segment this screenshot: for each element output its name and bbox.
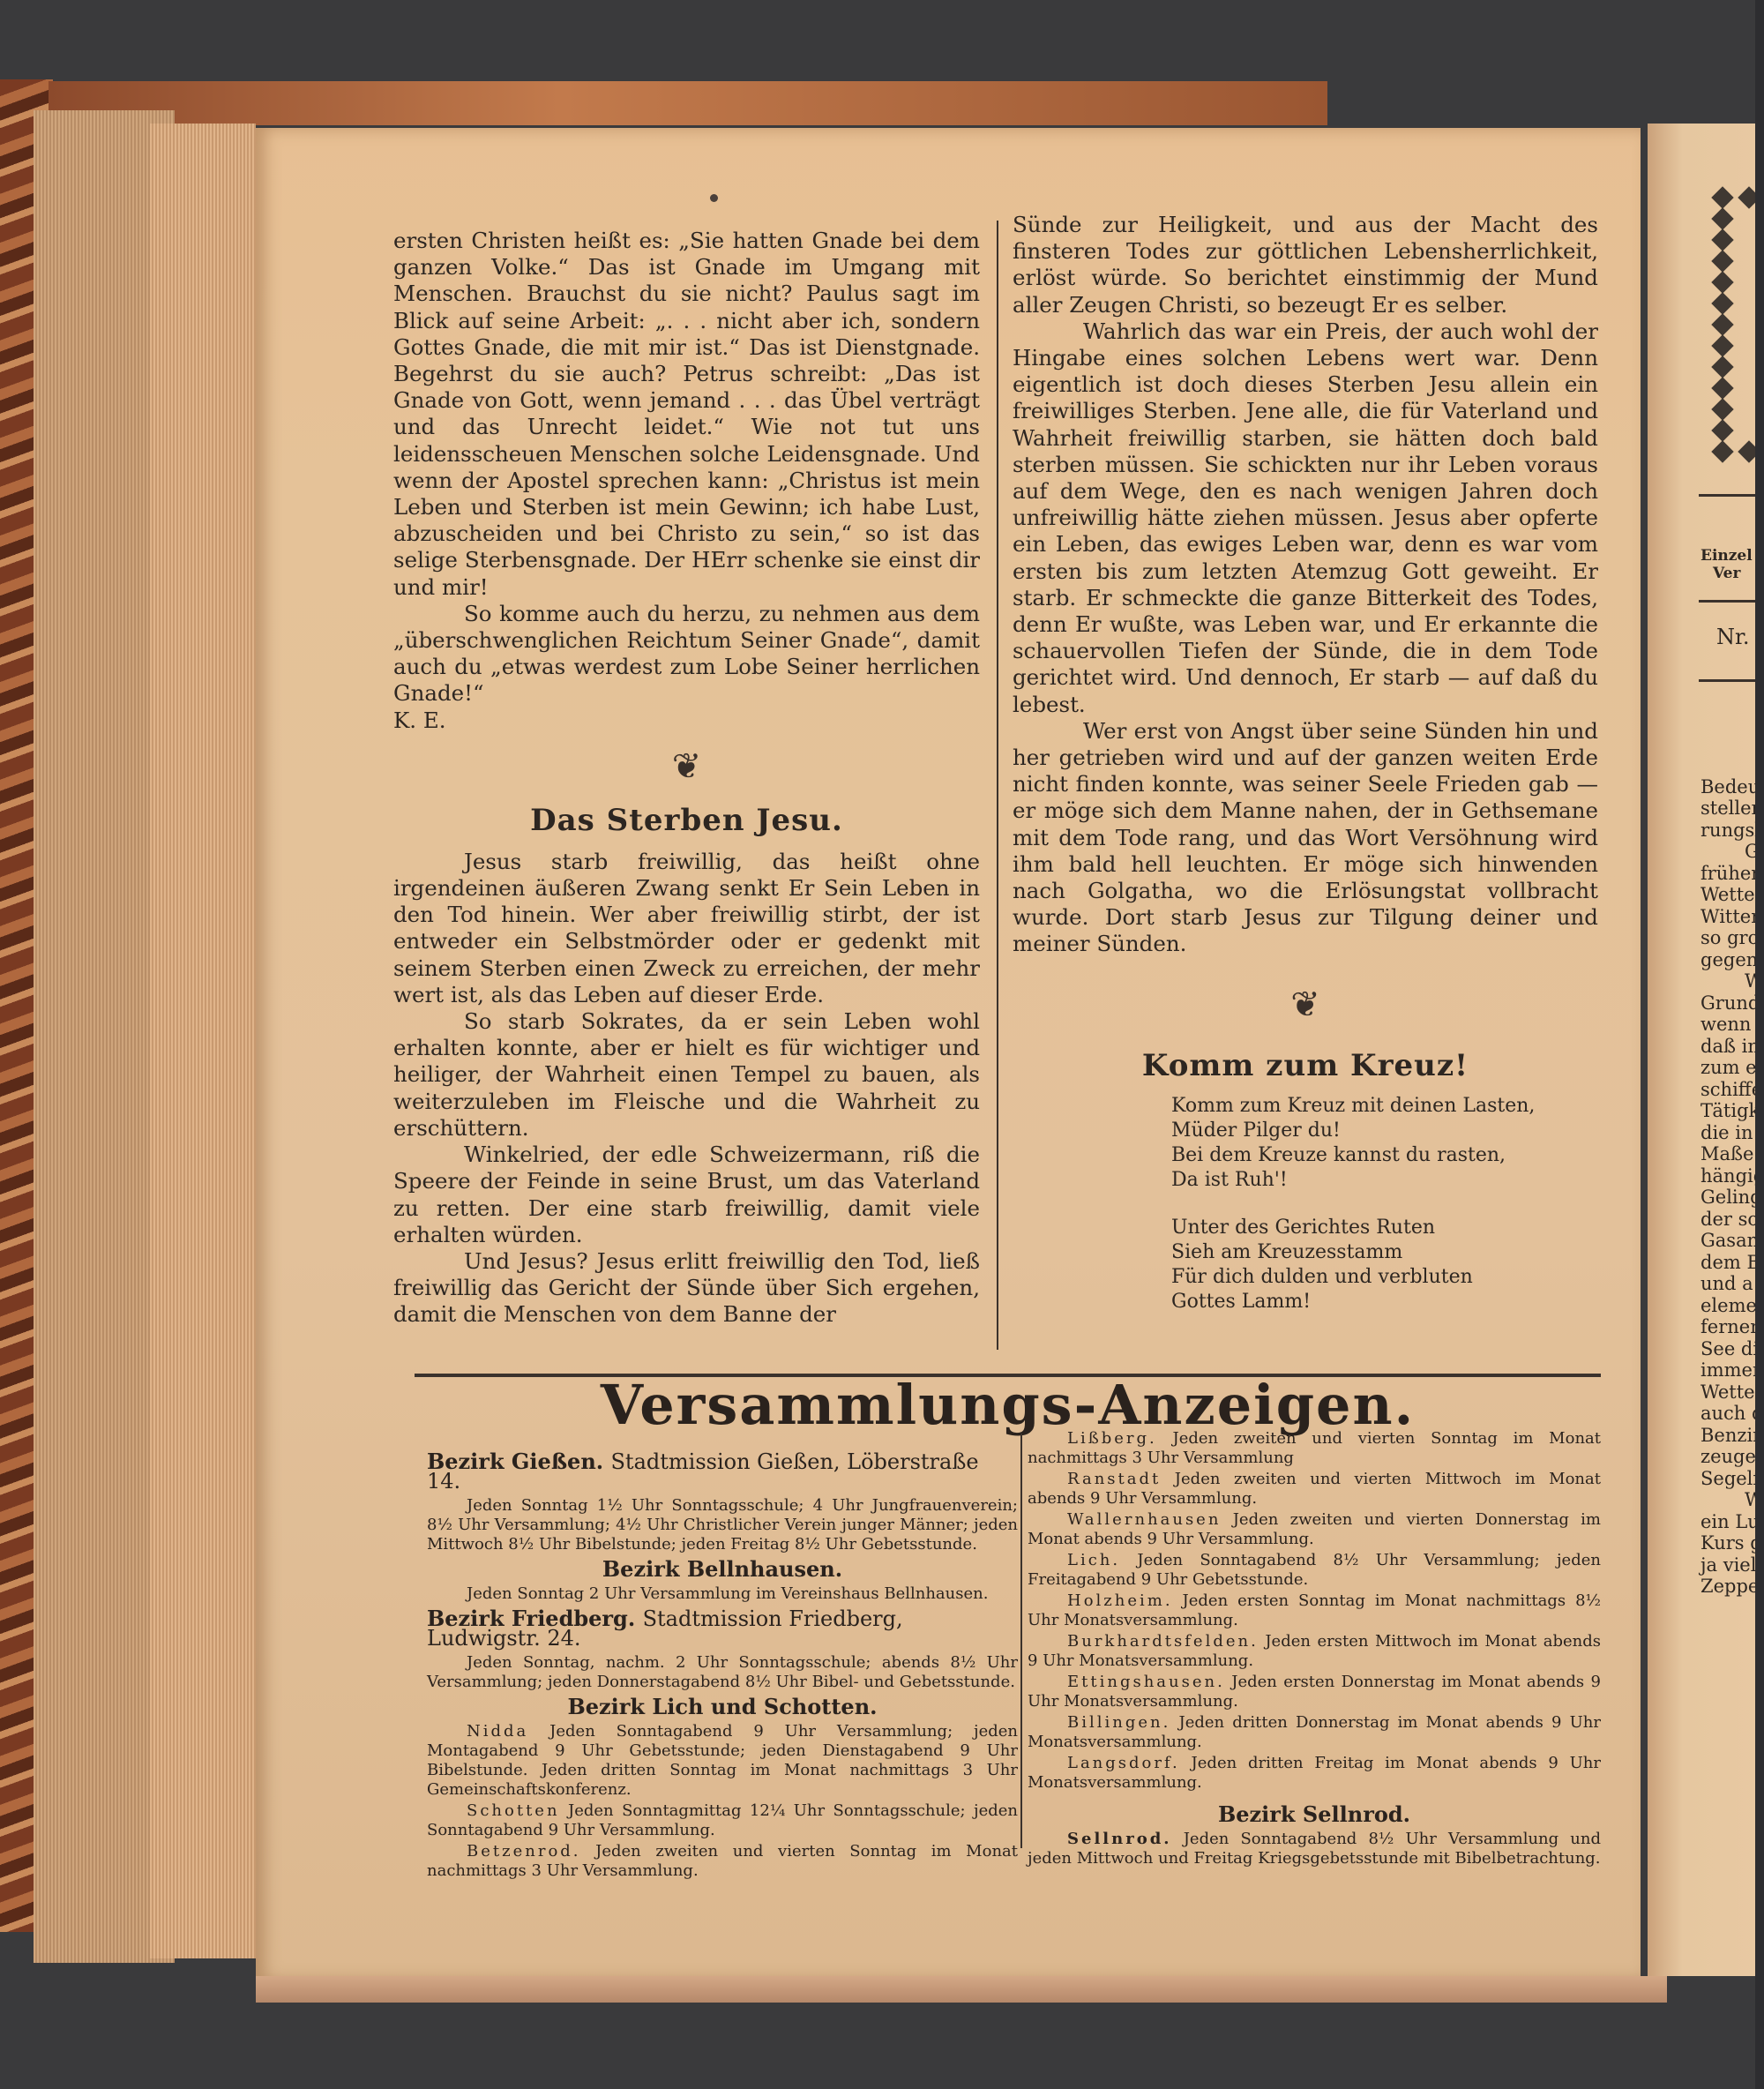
article-paragraph: Winkelried, der edle Schweizermann, riß … [393,1142,980,1248]
location-name: Ettingshausen. [1067,1673,1225,1691]
announcements-left-column: Bezirk Gießen. Stadtmission Gießen, Löbe… [427,1447,1018,1883]
district-heading-friedberg: Bezirk Friedberg. Stadtmission Friedberg… [427,1609,1018,1648]
diamond-icon [1711,440,1733,462]
page-stack-inner [150,124,256,1958]
poem-line: Komm zum Kreuz mit deinen Lasten, [1171,1094,1598,1119]
poem-title: Komm zum Kreuz! [1013,1048,1598,1083]
diamond-icon [1711,334,1733,356]
announcements-column-divider [1020,1434,1022,1848]
box-label-line: Einzel [1700,547,1753,565]
district-heading-bellnhausen: Bezirk Bellnhausen. [427,1560,1018,1579]
article-title: Das Sterben Jesu. [393,803,980,838]
location-entry: Ettingshausen. Jeden ersten Donnerstag i… [1028,1673,1601,1711]
diamond-icon [1711,313,1733,335]
location-entry: Holzheim. Jeden ersten Sonntag im Monat … [1028,1591,1601,1630]
location-entry: Lich. Jeden Sonntagabend 8½ Uhr Versamml… [1028,1551,1601,1590]
location-entry: Lißberg. Jeden zweiten und vierten Sonnt… [1028,1429,1601,1468]
district-heading-giessen: Bezirk Gießen. Stadtmission Gießen, Löbe… [427,1452,1018,1491]
location-entry: Billingen. Jeden dritten Donnerstag im M… [1028,1713,1601,1752]
article-paragraph: Jesus starb freiwillig, das heißt ohne i… [393,849,980,1008]
fleuron-ornament-icon: ❦ [393,746,980,787]
poem: Komm zum Kreuz mit deinen Lasten, Müder … [1171,1094,1598,1314]
box-label: Einzel Ver [1700,547,1753,582]
cover-top-edge [49,81,1327,125]
location-entry: Nidda Jeden Sonntagabend 9 Uhr Versammlu… [427,1722,1018,1800]
box-label-line: Ver [1700,565,1753,582]
diamond-icon [1711,250,1733,272]
location-name: Betzenrod. [467,1842,581,1861]
left-column: ersten Christen heißt es: „Sie hatten Gn… [393,228,980,1329]
diamond-icon [1711,271,1733,293]
location-entry: Burkhardtsfelden. Jeden ersten Mittwoch … [1028,1632,1601,1671]
location-name: Lich. [1067,1551,1120,1569]
diamond-border-ornament [1709,190,1762,463]
location-name: Sellnrod. [1067,1830,1172,1848]
column-divider [997,221,998,1350]
intro-paragraph: ersten Christen heißt es: „Sie hatten Gn… [393,228,980,601]
diamond-icon [1711,207,1733,229]
article-continuation-paragraph: Wahrlich das war ein Preis, der auch woh… [1013,318,1598,718]
issue-number-label: Nr. [1716,625,1749,649]
location-name: Nidda [467,1722,528,1741]
district-schedule: Jeden Sonntag 1½ Uhr Sonntagsschule; 4 U… [427,1496,1018,1554]
location-name: Ranstadt [1067,1470,1161,1488]
right-column: Sünde zur Heiligkeit, und aus der Macht … [1013,212,1598,1314]
poem-line: Bei dem Kreuze kannst du rasten, [1171,1143,1598,1168]
diamond-icon [1711,398,1733,420]
poem-line: Unter des Gerichtes Ruten [1171,1216,1598,1240]
adjacent-page-edge: Einzel Ver Nr. T Bedeu stellen rungsb G … [1648,124,1764,1976]
diamond-icon [1711,356,1733,378]
diamond-icon [1711,186,1733,208]
location-name: Langsdorf. [1067,1754,1180,1772]
article-paragraph: Und Jesus? Jesus erlitt freiwillig den T… [393,1248,980,1329]
location-name: Schotten [467,1801,560,1820]
fleuron-ornament-icon: ❦ [1013,985,1598,1025]
diamond-icon [1711,228,1733,251]
location-entry: Ranstadt Jeden zweiten und vierten Mittw… [1028,1470,1601,1509]
location-name: Wallernhausen [1067,1510,1221,1529]
author-signature: K. E. [393,708,980,734]
location-name: Lißberg. [1067,1429,1157,1448]
rule [1699,600,1764,603]
article-paragraph: So starb Sokrates, da er sein Leben wohl… [393,1008,980,1142]
announcements-right-column: Lißberg. Jeden zweiten und vierten Sonnt… [1028,1429,1601,1870]
location-entry: Wallernhausen Jeden zweiten und vierten … [1028,1510,1601,1549]
page-bottom-edge [256,1976,1667,2003]
diamond-icon [1711,419,1733,441]
poem-line: Gottes Lamm! [1171,1290,1598,1314]
rule [1699,494,1764,497]
district-schedule: Jeden Sonntag, nachm. 2 Uhr Sonntagsschu… [427,1653,1018,1692]
district-schedule: Jeden Sonntag 2 Uhr Versammlung im Verei… [427,1584,1018,1604]
location-entry: Sellnrod. Jeden Sonntagabend 8½ Uhr Vers… [1028,1830,1601,1868]
diamond-icon [1711,292,1733,314]
poem-line: Müder Pilger du! [1171,1119,1598,1143]
ink-dot [710,194,718,202]
announcements-title: Versammlungs-Anzeigen. [415,1373,1601,1437]
location-name: Billingen. [1067,1713,1170,1732]
district-heading-lich-schotten: Bezirk Lich und Schotten. [427,1697,1018,1717]
rule [1699,679,1764,682]
poem-line: Für dich dulden und verbluten [1171,1265,1598,1290]
closing-paragraph: So komme auch du herzu, zu nehmen aus de… [393,601,980,708]
location-name: Burkhardtsfelden. [1067,1632,1259,1651]
district-heading-sellnrod: Bezirk Sellnrod. [1028,1805,1601,1824]
diamond-icon [1711,377,1733,399]
location-name: Holzheim. [1067,1591,1173,1610]
scan-background-edge [1755,0,1764,2089]
location-entry: Langsdorf. Jeden dritten Freitag im Mona… [1028,1754,1601,1793]
article-continuation-paragraph: Wer erst von Angst über seine Sünden hin… [1013,718,1598,958]
stanza-gap [1171,1193,1598,1216]
location-entry: Schotten Jeden Sonntagmittag 12¼ Uhr Son… [427,1801,1018,1840]
poem-line: Sieh am Kreuzesstamm [1171,1240,1598,1265]
poem-line: Da ist Ruh'! [1171,1168,1598,1193]
article-continuation-paragraph: Sünde zur Heiligkeit, und aus der Macht … [1013,212,1598,318]
location-entry: Betzenrod. Jeden zweiten und vierten Son… [427,1842,1018,1881]
